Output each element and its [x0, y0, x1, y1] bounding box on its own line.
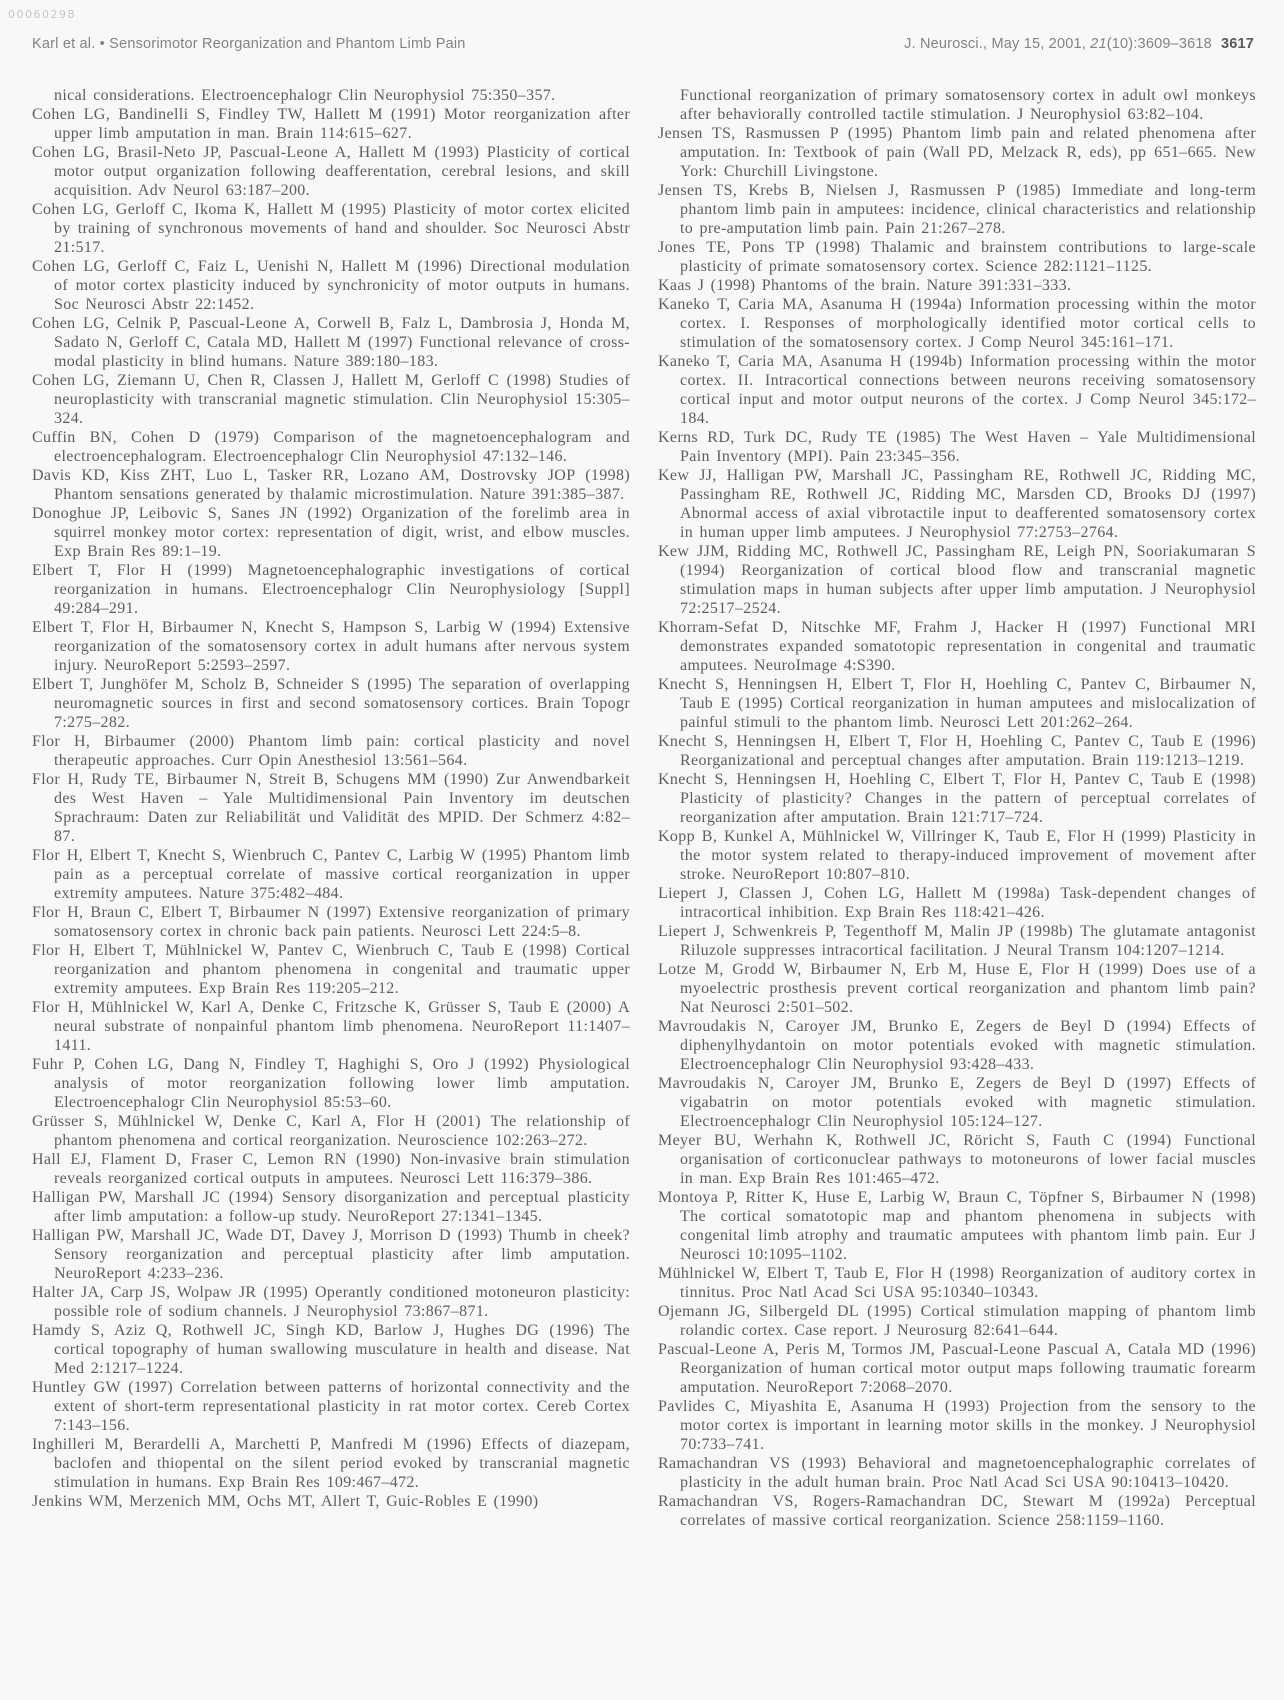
- reference-entry: Cohen LG, Celnik P, Pascual-Leone A, Cor…: [32, 314, 630, 371]
- reference-entry: Hamdy S, Aziz Q, Rothwell JC, Singh KD, …: [32, 1321, 630, 1378]
- scan-number: 00060298: [8, 8, 76, 21]
- reference-entry: Flor H, Elbert T, Mühlnickel W, Pantev C…: [32, 941, 630, 998]
- reference-entry: Liepert J, Schwenkreis P, Tegenthoff M, …: [658, 922, 1256, 960]
- reference-entry: Lotze M, Grodd W, Birbaumer N, Erb M, Hu…: [658, 960, 1256, 1017]
- reference-entry: nical considerations. Electroencephalogr…: [32, 86, 630, 105]
- reference-entry: Jensen TS, Rasmussen P (1995) Phantom li…: [658, 124, 1256, 181]
- reference-entry: Liepert J, Classen J, Cohen LG, Hallett …: [658, 884, 1256, 922]
- right-column: Functional reorganization of primary som…: [658, 86, 1256, 1530]
- reference-entry: Elbert T, Flor H (1999) Magnetoencephalo…: [32, 561, 630, 618]
- reference-entry: Mavroudakis N, Caroyer JM, Brunko E, Zeg…: [658, 1074, 1256, 1131]
- reference-entry: Pascual-Leone A, Peris M, Tormos JM, Pas…: [658, 1340, 1256, 1397]
- reference-entry: Mavroudakis N, Caroyer JM, Brunko E, Zeg…: [658, 1017, 1256, 1074]
- reference-entry: Knecht S, Henningsen H, Elbert T, Flor H…: [658, 732, 1256, 770]
- reference-entry: Donoghue JP, Leibovic S, Sanes JN (1992)…: [32, 504, 630, 561]
- reference-entry: Kaneko T, Caria MA, Asanuma H (1994a) In…: [658, 295, 1256, 352]
- citation-prefix: J. Neurosci., May 15, 2001,: [904, 36, 1090, 52]
- reference-entry: Flor H, Mühlnickel W, Karl A, Denke C, F…: [32, 998, 630, 1055]
- reference-entry: Knecht S, Henningsen H, Hoehling C, Elbe…: [658, 770, 1256, 827]
- reference-entry: Halligan PW, Marshall JC (1994) Sensory …: [32, 1188, 630, 1226]
- reference-entry: Flor H, Birbaumer (2000) Phantom limb pa…: [32, 732, 630, 770]
- reference-entry: Ramachandran VS (1993) Behavioral and ma…: [658, 1454, 1256, 1492]
- journal-citation: J. Neurosci., May 15, 2001, 21(10):3609–…: [904, 36, 1254, 52]
- reference-entry: Functional reorganization of primary som…: [658, 86, 1256, 124]
- reference-entry: Halter JA, Carp JS, Wolpaw JR (1995) Ope…: [32, 1283, 630, 1321]
- reference-entry: Cohen LG, Gerloff C, Faiz L, Uenishi N, …: [32, 257, 630, 314]
- reference-entry: Jones TE, Pons TP (1998) Thalamic and br…: [658, 238, 1256, 276]
- reference-entry: Hall EJ, Flament D, Fraser C, Lemon RN (…: [32, 1150, 630, 1188]
- reference-entry: Kerns RD, Turk DC, Rudy TE (1985) The We…: [658, 428, 1256, 466]
- citation-volume: 21: [1090, 36, 1107, 52]
- page-number: 3617: [1221, 36, 1254, 52]
- reference-entry: Mühlnickel W, Elbert T, Taub E, Flor H (…: [658, 1264, 1256, 1302]
- reference-entry: Cohen LG, Ziemann U, Chen R, Classen J, …: [32, 371, 630, 428]
- reference-entry: Ojemann JG, Silbergeld DL (1995) Cortica…: [658, 1302, 1256, 1340]
- reference-entry: Kaneko T, Caria MA, Asanuma H (1994b) In…: [658, 352, 1256, 428]
- reference-entry: Khorram-Sefat D, Nitschke MF, Frahm J, H…: [658, 618, 1256, 675]
- reference-entry: Fuhr P, Cohen LG, Dang N, Findley T, Hag…: [32, 1055, 630, 1112]
- left-column: nical considerations. Electroencephalogr…: [32, 86, 630, 1530]
- reference-entry: Flor H, Rudy TE, Birbaumer N, Streit B, …: [32, 770, 630, 846]
- reference-entry: Cohen LG, Brasil-Neto JP, Pascual-Leone …: [32, 143, 630, 200]
- reference-entry: Kopp B, Kunkel A, Mühlnickel W, Villring…: [658, 827, 1256, 884]
- reference-entry: Grüsser S, Mühlnickel W, Denke C, Karl A…: [32, 1112, 630, 1150]
- references-section: nical considerations. Electroencephalogr…: [32, 86, 1256, 1530]
- reference-entry: Kew JJ, Halligan PW, Marshall JC, Passin…: [658, 466, 1256, 542]
- reference-entry: Cohen LG, Gerloff C, Ikoma K, Hallett M …: [32, 200, 630, 257]
- reference-entry: Davis KD, Kiss ZHT, Luo L, Tasker RR, Lo…: [32, 466, 630, 504]
- reference-entry: Flor H, Elbert T, Knecht S, Wienbruch C,…: [32, 846, 630, 903]
- reference-entry: Inghilleri M, Berardelli A, Marchetti P,…: [32, 1435, 630, 1492]
- reference-entry: Jenkins WM, Merzenich MM, Ochs MT, Aller…: [32, 1492, 630, 1511]
- reference-entry: Pavlides C, Miyashita E, Asanuma H (1993…: [658, 1397, 1256, 1454]
- citation-suffix: (10):3609–3618: [1107, 36, 1212, 52]
- reference-entry: Cohen LG, Bandinelli S, Findley TW, Hall…: [32, 105, 630, 143]
- reference-entry: Kaas J (1998) Phantoms of the brain. Nat…: [658, 276, 1256, 295]
- reference-entry: Flor H, Braun C, Elbert T, Birbaumer N (…: [32, 903, 630, 941]
- reference-entry: Elbert T, Flor H, Birbaumer N, Knecht S,…: [32, 618, 630, 675]
- reference-entry: Halligan PW, Marshall JC, Wade DT, Davey…: [32, 1226, 630, 1283]
- reference-entry: Knecht S, Henningsen H, Elbert T, Flor H…: [658, 675, 1256, 732]
- page-header: Karl et al. • Sensorimotor Reorganizatio…: [32, 36, 1254, 52]
- reference-entry: Jensen TS, Krebs B, Nielsen J, Rasmussen…: [658, 181, 1256, 238]
- reference-entry: Huntley GW (1997) Correlation between pa…: [32, 1378, 630, 1435]
- reference-entry: Kew JJM, Ridding MC, Rothwell JC, Passin…: [658, 542, 1256, 618]
- reference-entry: Elbert T, Junghöfer M, Scholz B, Schneid…: [32, 675, 630, 732]
- reference-entry: Ramachandran VS, Rogers-Ramachandran DC,…: [658, 1492, 1256, 1530]
- journal-page: 00060298 Karl et al. • Sensorimotor Reor…: [0, 0, 1284, 1700]
- reference-entry: Meyer BU, Werhahn K, Rothwell JC, Rörich…: [658, 1131, 1256, 1188]
- reference-entry: Cuffin BN, Cohen D (1979) Comparison of …: [32, 428, 630, 466]
- reference-entry: Montoya P, Ritter K, Huse E, Larbig W, B…: [658, 1188, 1256, 1264]
- running-head: Karl et al. • Sensorimotor Reorganizatio…: [32, 36, 466, 52]
